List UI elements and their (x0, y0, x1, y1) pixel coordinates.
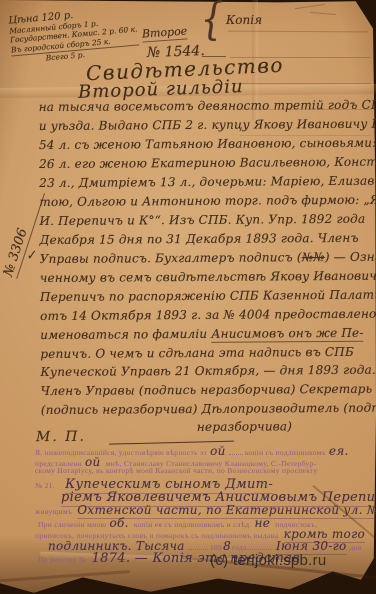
print-text: По реестру № (38, 555, 86, 564)
print-text: дня (350, 543, 362, 552)
notary-line: живущимъ Охтенской части, по Екатерининс… (35, 503, 376, 517)
handwritten-insert: ея. (329, 444, 349, 458)
print-text: живущимъ (35, 507, 72, 516)
notary-block: Я, нижеподписавшійся, удостовѣряю вѣрнос… (0, 0, 376, 594)
dotted-leader (188, 543, 208, 550)
document-photo: Цѣна 120 р. Маслянный сборъ 1 р. Государ… (0, 0, 376, 594)
dotted-leader (247, 543, 271, 550)
print-text: скому Нотаріусу, въ конторѣ моей Казанск… (35, 466, 318, 475)
print-text: № 21. (35, 481, 55, 490)
notary-line: скому Нотаріусу, въ конторѣ моей Казанск… (35, 466, 318, 475)
dotted-leader (229, 448, 243, 455)
watermark: (c) terijoki.spb.ru (210, 552, 327, 569)
